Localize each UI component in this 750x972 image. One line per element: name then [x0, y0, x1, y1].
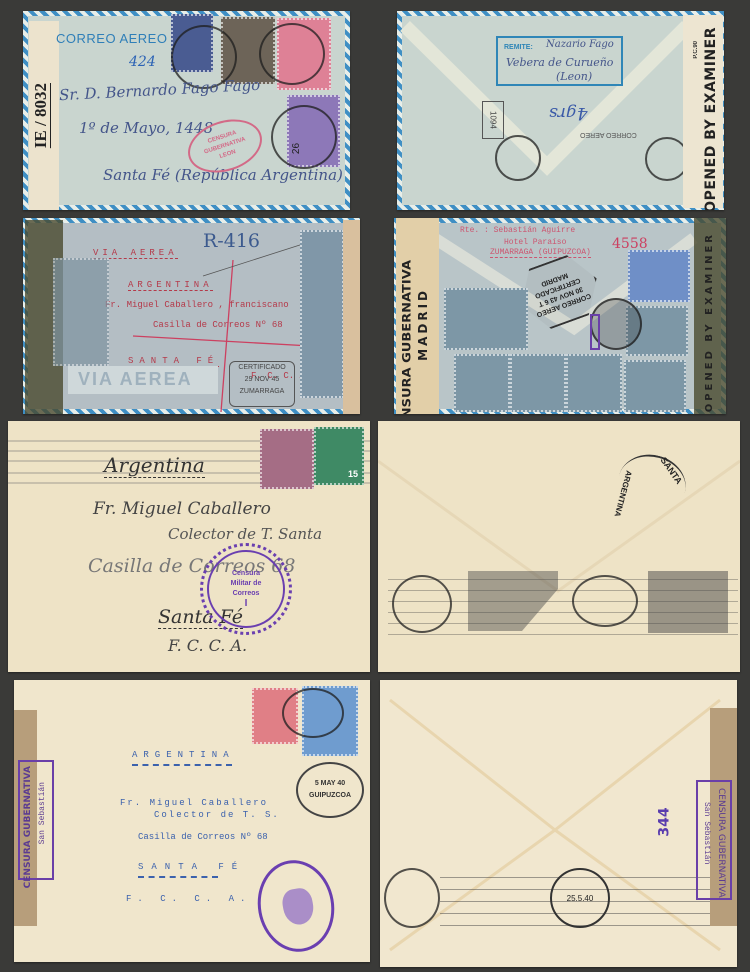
country: ARGENTINA	[132, 750, 235, 760]
sender-line2: Hotel Paraíso	[504, 238, 566, 247]
cover-3-front: 15 Argentina Fr. Miguel Caballero Colect…	[8, 421, 370, 672]
machine-cancel: CORREO AEREO	[580, 131, 637, 138]
stamp-value: 15	[348, 469, 358, 479]
examiner-tape-text: OPENED BY EXAMINER	[703, 27, 719, 210]
stamp-franco	[454, 354, 510, 412]
examiner-tape-text: OPENED BY EXAMINER	[704, 232, 715, 412]
weight-note: 4grs	[549, 103, 588, 123]
title: Colector de T. S.	[154, 810, 280, 820]
postmark	[271, 105, 337, 169]
military-censor-circle: Censura Militar de Correos I	[200, 543, 292, 635]
stamp-franco	[624, 360, 686, 412]
box-address: Casilla de Correos Nº 68	[138, 832, 268, 842]
cover-2-back: CENSURA GUBERNATIVA MADRID Rte. : Sebast…	[394, 218, 726, 414]
censor-tape-line2: MADRID	[416, 288, 430, 361]
sender-line1: Rte. : Sebastián Aguirre	[460, 226, 575, 235]
city-underline	[138, 876, 218, 878]
censor-tape-line1: CENSURA GUBERNATIVA	[401, 260, 414, 414]
censor-tape-box: CENSURA GUBERNATIVA San Sebastián	[696, 780, 732, 900]
fcca-line: F. C. C. A.	[126, 894, 251, 904]
examiner-tape-code: P.C.90	[693, 41, 699, 59]
cover-1-back: REMITE: Nazario Fago Vebera de Curueño (…	[397, 11, 724, 210]
sender-box: REMITE: Nazario Fago Vebera de Curueño (…	[496, 36, 623, 86]
cover-4-back: 344 25.5.40 CENSURA GUBERNATIVA San Seba…	[380, 680, 737, 967]
censor-oval-eagle	[251, 854, 342, 958]
postmark-number: 26	[291, 143, 302, 154]
country: Argentina	[104, 453, 205, 478]
country: ARGENTINA	[128, 280, 213, 291]
postmark	[572, 575, 638, 627]
stamp-franco-blue	[628, 250, 690, 302]
fcca-line: F. C. C. A.	[168, 636, 247, 655]
machine-cancel-block	[648, 571, 728, 633]
eagle-emblem	[280, 886, 316, 927]
sender-line3: ZUMARRAGA (GUIPUZCOA)	[490, 248, 591, 258]
addressee: Fr. Miguel Caballero , franciscano	[105, 300, 289, 310]
postmark	[282, 688, 344, 738]
airmail-label: VIA AEREA	[68, 366, 218, 394]
title: Colector de T. Santa	[168, 525, 322, 543]
stamp-franco-lilac	[260, 429, 314, 489]
registration-number: R-416	[203, 230, 260, 252]
cover-3-back: SANTA ARGENTINA	[378, 421, 740, 672]
cover-4-front: CENSURA GUBERNATIVA San Sebastián 5 MAY …	[14, 680, 370, 962]
country-underline	[132, 764, 232, 766]
censor-tape-code: IE / 8032	[31, 83, 51, 148]
postmark-date: 25.5.40	[550, 868, 610, 928]
city: SANTA FÉ	[138, 862, 245, 872]
postmark	[495, 135, 541, 181]
stamp-franco	[444, 288, 528, 350]
postmark	[392, 575, 452, 633]
addressee: Fr. Miguel Caballero	[93, 499, 271, 519]
cover-1-front: IE / 8032 CORREO AEREO 424 26 Sr. D. Ber…	[23, 11, 350, 210]
airmail-header: CORREO AEREO	[56, 31, 167, 46]
box-number: 1094	[482, 101, 504, 139]
pencil-note: 424	[129, 54, 156, 70]
censor-tape-right	[343, 220, 360, 414]
postmark-guipuzcoa: 5 MAY 40 GUIPUZCOA	[296, 762, 364, 818]
postmark	[384, 868, 440, 928]
street: 1º de Mayo, 1448	[79, 119, 213, 137]
stamp-strip-right	[300, 230, 344, 398]
violet-box	[590, 314, 600, 350]
arrival-postmark: SANTA ARGENTINA	[612, 447, 693, 521]
addressee: Sr. D. Bernardo Fago Fago	[59, 76, 261, 105]
stamp-franco	[510, 354, 566, 412]
stamp-franco	[566, 354, 622, 412]
censor-tape-box: CENSURA GUBERNATIVA San Sebastián	[18, 760, 54, 880]
registered-box-stamp: CERTIFICADO 29 NOV 45 ZUMARRAGA	[229, 361, 295, 407]
stamp-block-left	[53, 258, 109, 366]
cover-2-front: R-416 VIA AEREA ARGENTINA Fr. Miguel Cab…	[23, 218, 360, 414]
addressee: Fr. Miguel Caballero	[120, 798, 268, 808]
box-address: Casilla de Correos Nº 68	[153, 320, 283, 330]
manuscript-number: 344	[657, 807, 673, 836]
postmark	[259, 23, 325, 85]
